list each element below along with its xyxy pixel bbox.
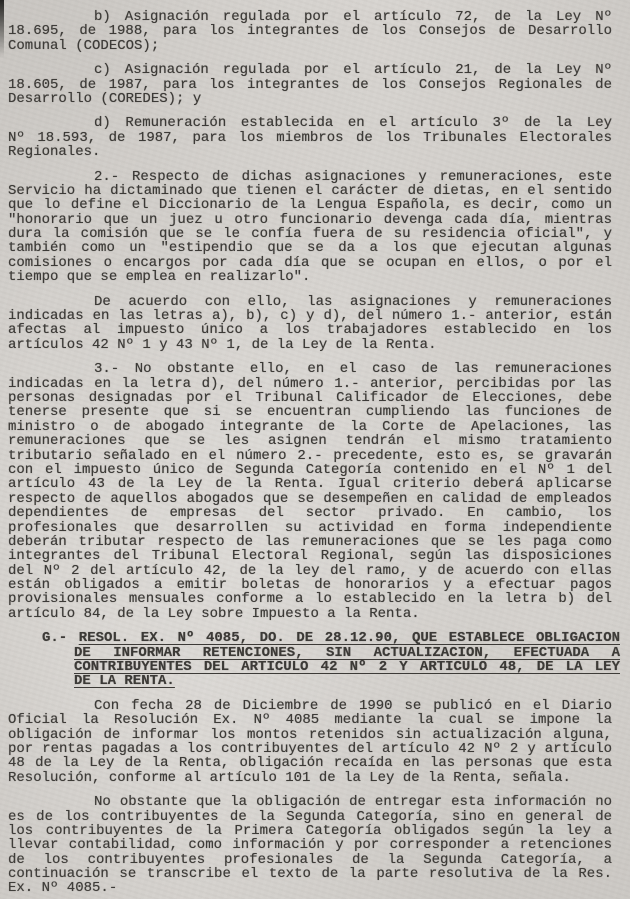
paragraph: Con fecha 28 de Diciembre de 1990 se pub… bbox=[8, 699, 612, 785]
document-line: Comunal (CODECOS); bbox=[8, 39, 612, 53]
paragraph: 2.- Respecto de dichas asignaciones y re… bbox=[8, 170, 612, 285]
document-line: ministro o de abogado integrante de la C… bbox=[8, 420, 612, 434]
document-line: Oficial la Resolución Ex. Nº 4085 median… bbox=[8, 713, 612, 727]
heading-line: CONTRIBUYENTES DEL ARTICULO 42 Nº 2 Y AR… bbox=[42, 660, 620, 674]
document-line: artículos 42 Nº 1 y 43 Nº 1, de la Ley d… bbox=[8, 338, 612, 352]
section-heading: G.- RESOL. EX. Nº 4085, DO. DE 28.12.90,… bbox=[42, 631, 620, 689]
document-line: integrantes del Tribunal Electoral Regio… bbox=[8, 549, 612, 563]
document-line: artículo 84, de la Ley sobre Impuesto a … bbox=[8, 607, 612, 621]
document-line: del Nº 2 del artículo 42, de la ley del … bbox=[8, 564, 612, 578]
document-line: remuneraciones que se les asignen tendrá… bbox=[8, 434, 612, 448]
document-line: respecto de aquellos abogados que se des… bbox=[8, 492, 612, 506]
document-line: d) Remuneración establecida en el artícu… bbox=[8, 116, 612, 130]
document-line: dependientes de empresas del sector priv… bbox=[8, 506, 612, 520]
document-line: tenerse presente que si se encuentran cu… bbox=[8, 405, 612, 419]
paragraph: c) Asignación regulada por el artículo 2… bbox=[8, 63, 612, 106]
document-line: No obstante que la obligación de entrega… bbox=[8, 795, 612, 809]
document-line: artículo 43 de la Ley de la Renta. Igual… bbox=[8, 477, 612, 491]
document-line: 18.695, de 1988, para los integrantes de… bbox=[8, 24, 612, 38]
heading-line: DE INFORMAR RETENCIONES, SIN ACTUALIZACI… bbox=[42, 646, 620, 660]
paragraph: d) Remuneración establecida en el artícu… bbox=[8, 116, 612, 159]
document-line: tiempo que se emplea en realizarlo". bbox=[8, 270, 612, 284]
document-line: de los contribuyentes profesionales de l… bbox=[8, 853, 612, 867]
document-line: 48 de la Ley de la Renta, obligación rec… bbox=[8, 756, 612, 770]
document-line: De acuerdo con ello, las asignaciones y … bbox=[8, 295, 612, 309]
document-line: tributario señalado en el número 2.- pre… bbox=[8, 449, 612, 463]
document-line: profesionales que desarrollen su activid… bbox=[8, 521, 612, 535]
document-line: que lo define el Diccionario de la Lengu… bbox=[8, 198, 612, 212]
document-line: Resolución, conforme al artículo 101 de … bbox=[8, 771, 612, 785]
document-body: b) Asignación regulada por el artículo 7… bbox=[8, 10, 612, 899]
document-line: 18.605, de 1987, para los integrantes de… bbox=[8, 78, 612, 92]
document-line: 2.- Respecto de dichas asignaciones y re… bbox=[8, 170, 612, 184]
document-line: Nº 18.593, de 1987, para los miembros de… bbox=[8, 131, 612, 145]
document-line: "honorario que un juez u otro funcionari… bbox=[8, 213, 612, 227]
paragraph: b) Asignación regulada por el artículo 7… bbox=[8, 10, 612, 53]
document-line: indicadas en la letra d), del número 1.-… bbox=[8, 377, 612, 391]
document-line: llevar contabilidad, como información y … bbox=[8, 838, 612, 852]
document-line: es de los contribuyentes de la Segunda C… bbox=[8, 810, 612, 824]
paragraph: De acuerdo con ello, las asignaciones y … bbox=[8, 295, 612, 353]
document-line: Regionales. bbox=[8, 145, 612, 159]
document-line: también como un "estipendio que se da a … bbox=[8, 241, 612, 255]
scan-edge-artifact bbox=[0, 0, 4, 58]
scanned-page: b) Asignación regulada por el artículo 7… bbox=[0, 0, 630, 899]
document-line: afectas al impuesto único a los trabajad… bbox=[8, 323, 612, 337]
heading-line: G.- RESOL. EX. Nº 4085, DO. DE 28.12.90,… bbox=[42, 631, 620, 645]
paragraph: 3.- No obstante ello, en el caso de las … bbox=[8, 362, 612, 621]
heading-underlined-text: DE LA RENTA. bbox=[74, 673, 175, 689]
document-line: c) Asignación regulada por el artículo 2… bbox=[8, 63, 612, 77]
paragraph: No obstante que la obligación de entrega… bbox=[8, 795, 612, 896]
heading-line: DE LA RENTA. bbox=[42, 674, 620, 688]
document-line: Desarrollo (COREDES); y bbox=[8, 92, 612, 106]
document-line: Ex. Nº 4085.- bbox=[8, 881, 612, 895]
document-line: provisionales mensuales conforme a lo es… bbox=[8, 592, 612, 606]
document-line: 3.- No obstante ello, en el caso de las … bbox=[8, 362, 612, 376]
document-line: obligación de informar los montos reteni… bbox=[8, 728, 612, 742]
